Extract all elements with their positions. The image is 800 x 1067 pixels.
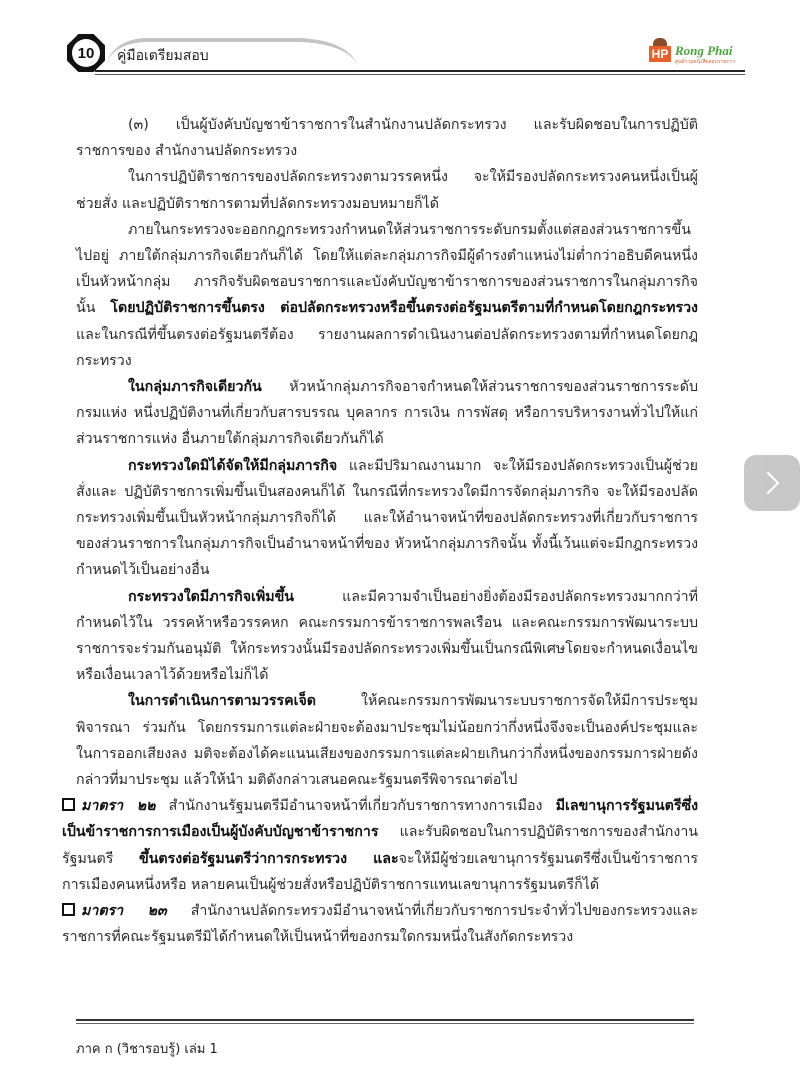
emphasis-text: โดยปฏิบัติราชการขึ้นตรง ต่อปลัดกระทรวงหร… <box>110 300 698 316</box>
section-label: มาตรา ๒๓ <box>81 903 167 919</box>
logo-mark: HP <box>649 46 671 62</box>
page-number: 10 <box>72 39 100 67</box>
checkbox-bullet-icon <box>62 798 75 811</box>
paragraph: ภายในกระทรวงจะออกกฎกระทรวงกำหนดให้ส่วนรา… <box>76 217 698 374</box>
paragraph: กระทรวงใดมีภารกิจเพิ่มขึ้น และมีความจำเป… <box>76 584 698 689</box>
logo-tagline: ศูนย์รวมหนังสือสอบราชการ <box>675 58 735 66</box>
chevron-right-icon <box>760 469 784 497</box>
emphasis-text: ในการดำเนินการตามวรรคเจ็ด <box>128 693 316 709</box>
page-header: 10 คู่มือเตรียมสอบ HP Rong Phai ศูนย์รวม… <box>65 30 745 80</box>
page-content: (๓) เป็นผู้บังคับบัญชาข้าราชการในสำนักงา… <box>76 112 698 951</box>
header-divider-thin <box>95 74 745 75</box>
emphasis-text: ในกลุ่มภารกิจเดียวกัน <box>128 379 262 395</box>
footer-label: ภาค ก (วิชารอบรู้) เล่ม 1 <box>76 1038 218 1059</box>
paragraph-text: (๓) เป็นผู้บังคับบัญชาข้าราชการในสำนักงา… <box>76 117 698 159</box>
paragraph: ในการปฏิบัติราชการของปลัดกระทรวงตามวรรคห… <box>76 164 698 216</box>
paragraph: (๓) เป็นผู้บังคับบัญชาข้าราชการในสำนักงา… <box>76 112 698 164</box>
emphasis-text: กระทรวงใดมีภารกิจเพิ่มขึ้น <box>128 589 294 605</box>
footer-divider <box>76 1019 694 1021</box>
logo-name: Rong Phai <box>675 43 732 59</box>
paragraph-text: และมีปริมาณงานมาก จะให้มีรองปลัดกระทรวงเ… <box>76 458 698 579</box>
logo-house-icon <box>653 38 667 46</box>
section-label: มาตรา ๒๒ <box>81 798 155 814</box>
paragraph-text: ในการปฏิบัติราชการของปลัดกระทรวงตามวรรคห… <box>76 169 698 211</box>
paragraph-text: และในกรณีที่ขึ้นตรงต่อรัฐมนตรีต้อง รายงา… <box>76 327 698 369</box>
emphasis-text: ขึ้นตรงต่อรัฐมนตรีว่าการกระทรวง และ <box>139 851 399 867</box>
header-divider <box>95 70 745 72</box>
next-page-button[interactable] <box>744 455 800 511</box>
emphasis-text: กระทรวงใดมิได้จัดให้มีกลุ่มภารกิจ <box>128 458 337 474</box>
book-title: คู่มือเตรียมสอบ <box>117 45 209 67</box>
checkbox-bullet-icon <box>62 903 75 916</box>
paragraph: ในกลุ่มภารกิจเดียวกัน หัวหน้ากลุ่มภารกิจ… <box>76 374 698 453</box>
publisher-logo: HP Rong Phai ศูนย์รวมหนังสือสอบราชการ <box>645 30 745 68</box>
paragraph: กระทรวงใดมิได้จัดให้มีกลุ่มภารกิจ และมีป… <box>76 453 698 584</box>
paragraph: ในการดำเนินการตามวรรคเจ็ด ให้คณะกรรมการพ… <box>76 688 698 793</box>
section-text: สำนักงานรัฐมนตรีมีอำนาจหน้าที่เกี่ยวกับร… <box>155 798 555 814</box>
footer-divider-thin <box>76 1023 694 1024</box>
section-22: มาตรา ๒๒ สำนักงานรัฐมนตรีมีอำนาจหน้าที่เ… <box>62 793 698 898</box>
page-number-badge: 10 <box>67 34 105 72</box>
section-23: มาตรา ๒๓ สำนักงานปลัดกระทรวงมีอำนาจหน้าท… <box>62 898 698 950</box>
